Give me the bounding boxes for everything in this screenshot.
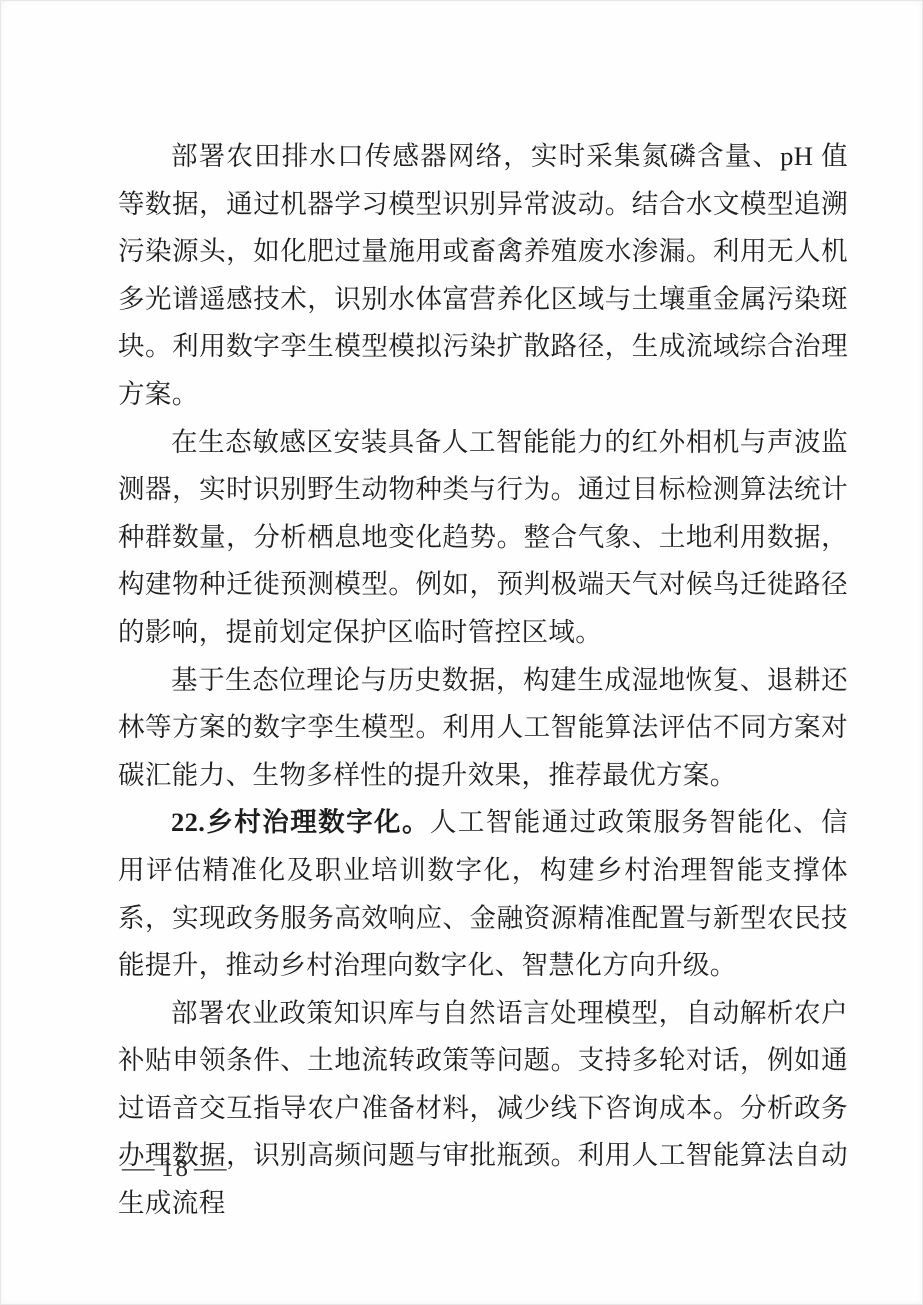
footer-dash-left: — — [122, 1152, 157, 1186]
body-paragraph: 部署农田排水口传感器网络，实时采集氮磷含量、pH 值等数据，通过机器学习模型识别… — [118, 133, 848, 419]
page-footer: —18— — [118, 1152, 233, 1186]
document-body: 部署农田排水口传感器网络，实时采集氮磷含量、pH 值等数据，通过机器学习模型识别… — [118, 133, 848, 1228]
body-paragraph: 基于生态位理论与历史数据，构建生成湿地恢复、退耕还林等方案的数字孪生模型。利用人… — [118, 657, 848, 800]
section-heading: 22.乡村治理数字化。 — [171, 807, 430, 837]
document-page: 部署农田排水口传感器网络，实时采集氮磷含量、pH 值等数据，通过机器学习模型识别… — [0, 0, 923, 1305]
page-number: 18 — [161, 1155, 190, 1182]
body-paragraph-section-22: 22.乡村治理数字化。人工智能通过政策服务智能化、信用评估精准化及职业培训数字化… — [118, 799, 848, 989]
body-paragraph: 在生态敏感区安装具备人工智能能力的红外相机与声波监测器，实时识别野生动物种类与行… — [118, 419, 848, 657]
footer-dash-right: — — [194, 1152, 229, 1186]
body-paragraph: 部署农业政策知识库与自然语言处理模型，自动解析农户补贴申领条件、土地流转政策等问… — [118, 990, 848, 1228]
